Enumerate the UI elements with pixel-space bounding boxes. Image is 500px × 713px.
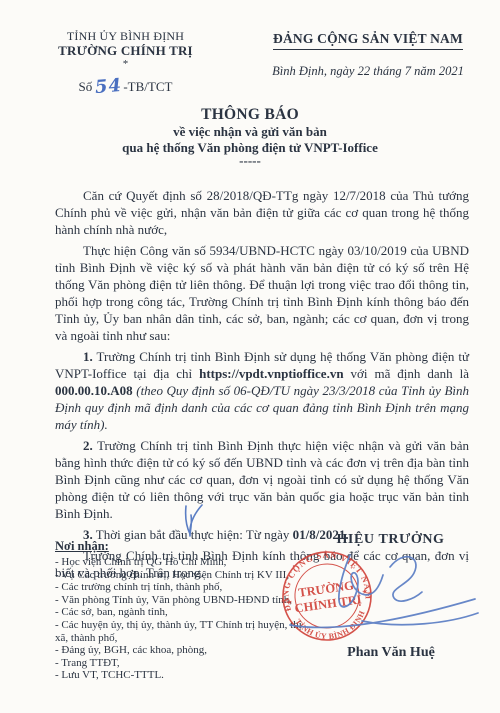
issuing-org-block: TỈNH ỦY BÌNH ĐỊNH TRƯỜNG CHÍNH TRỊ * Số5… (38, 30, 213, 96)
stamp-star-left: ★ (286, 598, 293, 607)
item2-text: Trường Chính trị tỉnh Bình Định thực hiệ… (55, 438, 469, 521)
document-body: Căn cứ Quyết định số 28/2018/QĐ-TTg ngày… (55, 187, 469, 585)
item2-number: 2. (83, 438, 93, 453)
item1-number: 1. (83, 349, 93, 364)
place-date-line: Bình Định, ngày 22 tháng 7 năm 2021 (243, 64, 493, 79)
national-header-block: ĐẢNG CỘNG SẢN VIỆT NAM Bình Định, ngày 2… (243, 30, 493, 79)
paragraph-basis-2: Thực hiện Công văn số 5934/UBND-HCTC ngà… (55, 242, 469, 344)
item1-url: https://vpdt.vnptioffice.vn (199, 366, 343, 381)
doc-number-prefix: Số (79, 79, 93, 94)
item1-id-code: 000.00.10.A08 (55, 383, 133, 398)
recipient-item: - Lưu VT, TCHC-TTTL. (55, 669, 317, 682)
signer-name: Phan Văn Huệ (300, 645, 482, 661)
item1-text-2: với mã định danh là (344, 366, 469, 381)
document-title: THÔNG BÁO (0, 106, 500, 124)
document-subtitle-1: về việc nhận và gửi văn bản (0, 124, 500, 140)
org-parent-name: TỈNH ỦY BÌNH ĐỊNH (38, 30, 213, 44)
doc-number-handwritten: 54 (95, 76, 124, 99)
paragraph-basis-1: Căn cứ Quyết định số 28/2018/QĐ-TTg ngày… (55, 187, 469, 238)
paragraph-item-2: 2. Trường Chính trị tỉnh Bình Định thực … (55, 437, 469, 522)
document-title-block: THÔNG BÁO về việc nhận và gửi văn bản qu… (0, 106, 500, 167)
document-number: Số54-TB/TCT (38, 76, 213, 97)
document-page: TỈNH ỦY BÌNH ĐỊNH TRƯỜNG CHÍNH TRỊ * Số5… (0, 0, 500, 713)
doc-number-suffix: -TB/TCT (123, 79, 172, 94)
paragraph-item-1: 1. Trường Chính trị tỉnh Bình Định sử dụ… (55, 348, 469, 433)
national-motto: ĐẢNG CỘNG SẢN VIỆT NAM (273, 31, 463, 50)
title-divider: ----- (0, 155, 500, 167)
org-star-separator: * (38, 59, 213, 69)
org-name: TRƯỜNG CHÍNH TRỊ (38, 44, 213, 59)
